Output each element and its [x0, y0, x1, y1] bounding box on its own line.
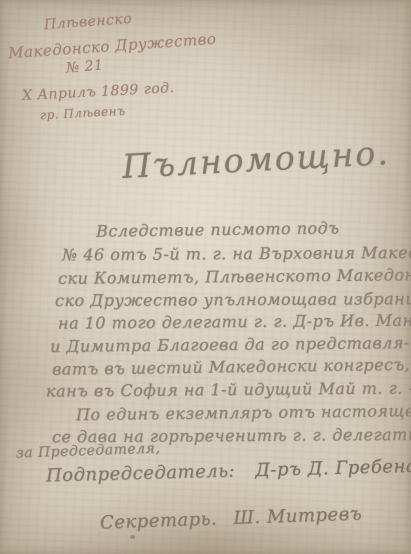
signature-vice-president-label: Подпредседатель: — [46, 461, 236, 487]
body-line: По единъ екземпляръ отъ настоящето — [76, 401, 411, 424]
signature-secretary: Секретарь. Ш. Митревъ — [100, 503, 363, 533]
body-line: ско Дружество упълномощава избранитѣ — [55, 289, 411, 310]
body-line: и Димитра Благоева да го представля- — [50, 333, 410, 356]
letterhead-date: X Априлъ 1899 год. — [22, 80, 175, 104]
paper-stain — [300, 30, 390, 70]
signature-secretary-label: Секретарь. — [100, 508, 218, 533]
body-line: ски Комитетъ, Плѣвенското Македон- — [58, 265, 411, 288]
scanned-document-page: Плѣвенско Македонско Дружество № 21 X Ап… — [0, 0, 411, 554]
letterhead-document-number: № 21 — [65, 57, 104, 76]
signature-vice-president-name: Д-ръ Д. Гребенаровъ — [255, 455, 411, 481]
ink-dot — [130, 535, 135, 539]
body-line: Вследствие писмото подъ — [96, 218, 340, 240]
signature-for-president: за Председателя, — [16, 440, 161, 461]
body-line: на 10 того делегати г. г. Д-ръ Ив. Манол… — [58, 310, 411, 332]
paper-stain — [0, 180, 50, 300]
body-line: № 46 отъ 5-й т. г. на Върховния Македон- — [62, 243, 411, 265]
letterhead-place: гр. Плѣвенъ — [40, 104, 126, 122]
letterhead-society-name: Македонско Дружество — [8, 30, 217, 63]
letterhead-society-city: Плѣвенско — [44, 11, 133, 33]
document-title: Пълномощно. — [121, 133, 390, 186]
signature-secretary-name: Ш. Митревъ — [233, 503, 362, 528]
body-line: ватъ въ шестий Македонски конгресъ, сви- — [52, 354, 411, 379]
signature-vice-president: Подпредседатель: Д-ръ Д. Гребенаровъ — [46, 455, 411, 487]
body-line: канъ въ София на 1-й идущий Май т. г. — — [46, 378, 411, 400]
